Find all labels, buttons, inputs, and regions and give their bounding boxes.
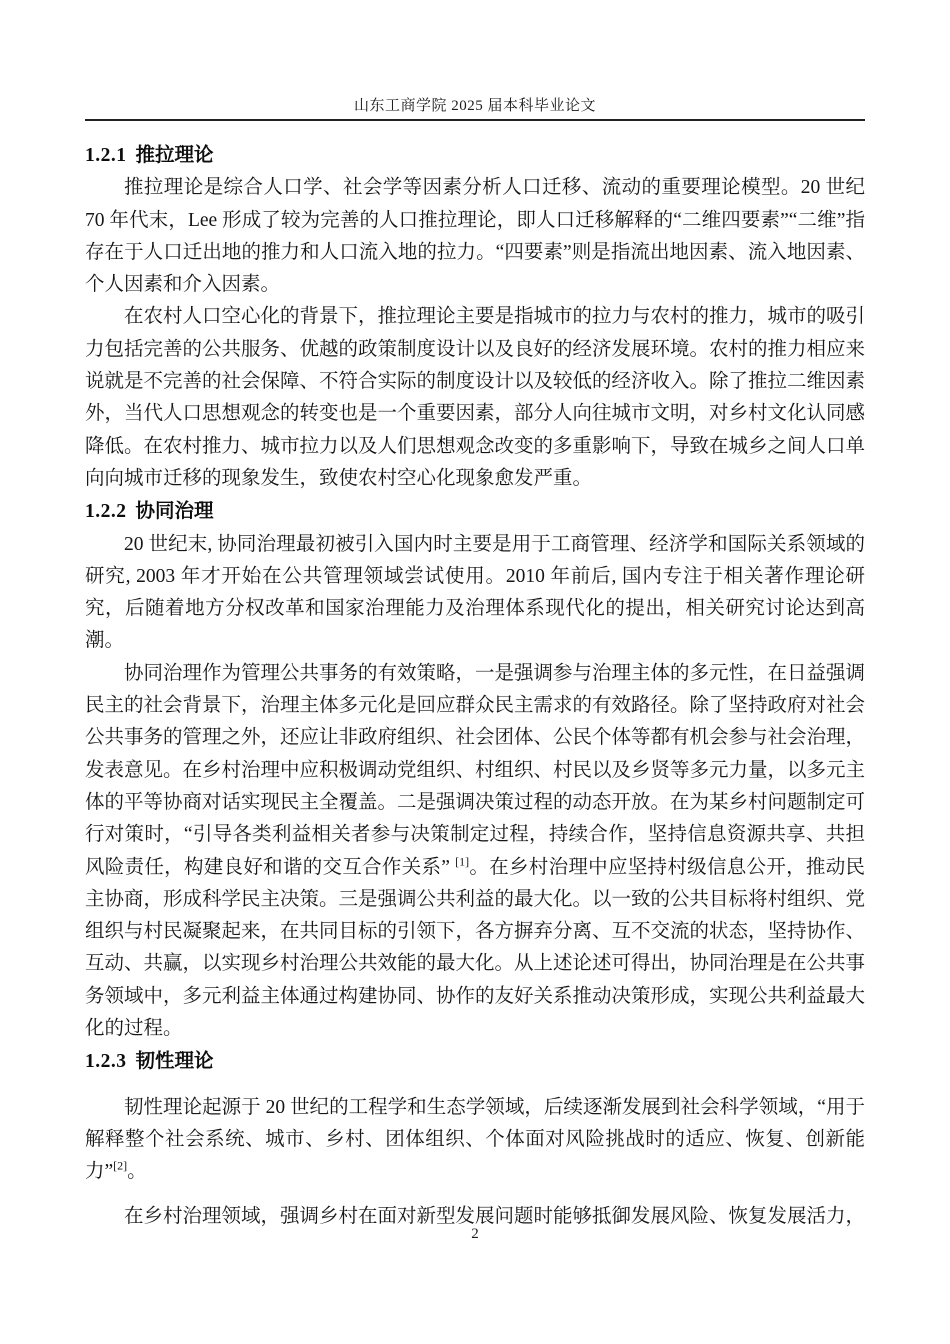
section-heading-collaborative-governance: 1.2.2协同治理: [85, 495, 865, 528]
citation-ref-2: [2]: [113, 1159, 127, 1173]
paragraph-text: 协同治理作为管理公共事务的有效策略，一是强调参与治理主体的多元性，在日益强调民主…: [85, 663, 865, 878]
section-title: 协同治理: [136, 500, 214, 522]
section-title: 推拉理论: [136, 144, 214, 166]
section-title: 韧性理论: [136, 1050, 214, 1072]
section-number: 1.2.1: [85, 145, 127, 166]
citation-ref-1: [1]: [455, 854, 469, 868]
page-number: 2: [0, 1224, 950, 1244]
running-head-title: 山东工商学院 2025 届本科毕业论文: [85, 97, 865, 115]
section-heading-push-pull: 1.2.1推拉理论: [85, 139, 865, 172]
paragraph: 在农村人口空心化的背景下，推拉理论主要是指城市的拉力与农村的推力，城市的吸引力包…: [85, 301, 865, 495]
page-body: 1.2.1推拉理论 推拉理论是综合人口学、社会学等因素分析人口迁移、流动的重要理…: [85, 139, 865, 1233]
paragraph-text: 推拉理论是综合人口学、社会学等因素分析人口迁移、流动的重要理论模型。20 世纪 …: [85, 177, 865, 295]
paragraph-text: 韧性理论起源于 20 世纪的工程学和生态学领域，后续逐渐发展到社会科学领域，“用…: [85, 1097, 865, 1183]
document-page: 山东工商学院 2025 届本科毕业论文 1.2.1推拉理论 推拉理论是综合人口学…: [0, 0, 950, 1344]
section-heading-resilience: 1.2.3韧性理论: [85, 1045, 865, 1078]
paragraph: 协同治理作为管理公共事务的有效策略，一是强调参与治理主体的多元性，在日益强调民主…: [85, 658, 865, 1046]
paragraph: 推拉理论是综合人口学、社会学等因素分析人口迁移、流动的重要理论模型。20 世纪 …: [85, 172, 865, 301]
paragraph-text: 20 世纪末, 协同治理最初被引入国内时主要是用于工商管理、经济学和国际关系领域…: [85, 534, 865, 652]
paragraph-text: 在农村人口空心化的背景下，推拉理论主要是指城市的拉力与农村的推力，城市的吸引力包…: [85, 306, 865, 488]
page-header: 山东工商学院 2025 届本科毕业论文: [85, 0, 865, 121]
paragraph-text: 。: [127, 1161, 147, 1182]
paragraph-text: 。在乡村治理中应坚持村级信息公开，推动民主协商，形成科学民主决策。三是强调公共利…: [85, 857, 865, 1039]
section-resilience: 1.2.3韧性理论 韧性理论起源于 20 世纪的工程学和生态学领域，后续逐渐发展…: [85, 1045, 865, 1232]
section-number: 1.2.3: [85, 1051, 127, 1072]
section-number: 1.2.2: [85, 501, 127, 522]
paragraph: 韧性理论起源于 20 世纪的工程学和生态学领域，后续逐渐发展到社会科学领域，“用…: [85, 1092, 865, 1189]
paragraph: 20 世纪末, 协同治理最初被引入国内时主要是用于工商管理、经济学和国际关系领域…: [85, 529, 865, 658]
